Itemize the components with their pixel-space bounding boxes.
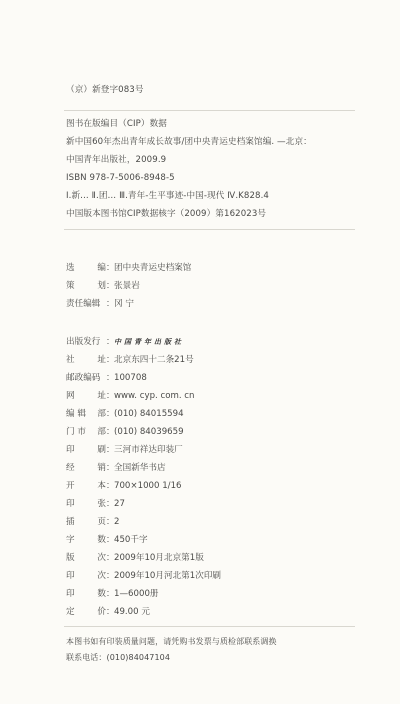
- quality-notice: 本图书如有印装质量问题，请凭购书发票与质检部联系调换: [66, 636, 277, 648]
- pub-row-sheets: 印张 ：27: [66, 498, 125, 510]
- pub-row-address: 社址 ：北京东四十二条21号: [66, 354, 194, 366]
- pub-row-sales-phone: 门 市部 ：(010) 84039659: [66, 426, 184, 438]
- publisher-logo: 中国青年出版社: [114, 336, 184, 348]
- pub-row-printer: 印刷 ：三河市祥达印装厂: [66, 444, 183, 456]
- divider-middle: [64, 229, 355, 230]
- website-link: www. cyp. com. cn: [114, 390, 194, 402]
- credit-row-responsible-editor: 责任编辑 ：冈 宁: [66, 298, 134, 310]
- cip-isbn: ISBN 978-7-5006-8948-5: [66, 172, 175, 184]
- pub-row-editorial-phone: 编 辑部 ：(010) 84015594: [66, 408, 184, 420]
- credit-row-planner: 策划 ：张景岩: [66, 280, 140, 292]
- pub-row-publisher: 出版发行 ：中国青年出版社: [66, 336, 184, 348]
- registration-number: （京）新登字083号: [66, 84, 144, 96]
- pub-row-postcode: 邮政编码 ：100708: [66, 372, 147, 384]
- pub-row-inserts: 插页 ：2: [66, 516, 119, 528]
- cip-line-1: 新中国60年杰出青年成长故事/团中央青运史档案馆编. —北京：: [66, 136, 312, 148]
- pub-row-print-run: 印数 ：1—6000册: [66, 588, 159, 600]
- divider-top: [64, 110, 355, 111]
- cip-heading: 图书在版编目（CIP）数据: [66, 118, 167, 130]
- pub-row-word-count: 字数 ：450千字: [66, 534, 148, 546]
- pub-row-price: 定价 ：49.00 元: [66, 606, 150, 618]
- credit-value: 张景岩: [114, 280, 140, 292]
- cip-line-2: 中国青年出版社，2009.9: [66, 154, 166, 166]
- pub-row-format: 开本 ：700×1000 1/16: [66, 480, 182, 492]
- pub-row-edition: 版次 ：2009年10月北京第1版: [66, 552, 204, 564]
- cip-classification: Ⅰ.新… Ⅱ.团… Ⅲ.青年-生平事迹-中国-现代 Ⅳ.K828.4: [66, 190, 269, 202]
- contact-phone: 联系电话：(010)84047104: [66, 652, 170, 664]
- divider-bottom: [64, 626, 355, 627]
- pub-row-printing: 印次 ：2009年10月河北第1次印刷: [66, 570, 221, 582]
- pub-row-distributor: 经销 ：全国新华书店: [66, 462, 166, 474]
- credit-value: 团中央青运史档案馆: [114, 262, 191, 274]
- cip-record-number: 中国版本图书馆CIP数据核字（2009）第162023号: [66, 208, 266, 220]
- credit-row-editor: 选编 ：团中央青运史档案馆: [66, 262, 191, 274]
- copyright-page: （京）新登字083号 图书在版编目（CIP）数据 新中国60年杰出青年成长故事/…: [0, 0, 400, 704]
- pub-row-website: 网址 ：www. cyp. com. cn: [66, 390, 194, 402]
- credit-value: 冈 宁: [114, 298, 134, 310]
